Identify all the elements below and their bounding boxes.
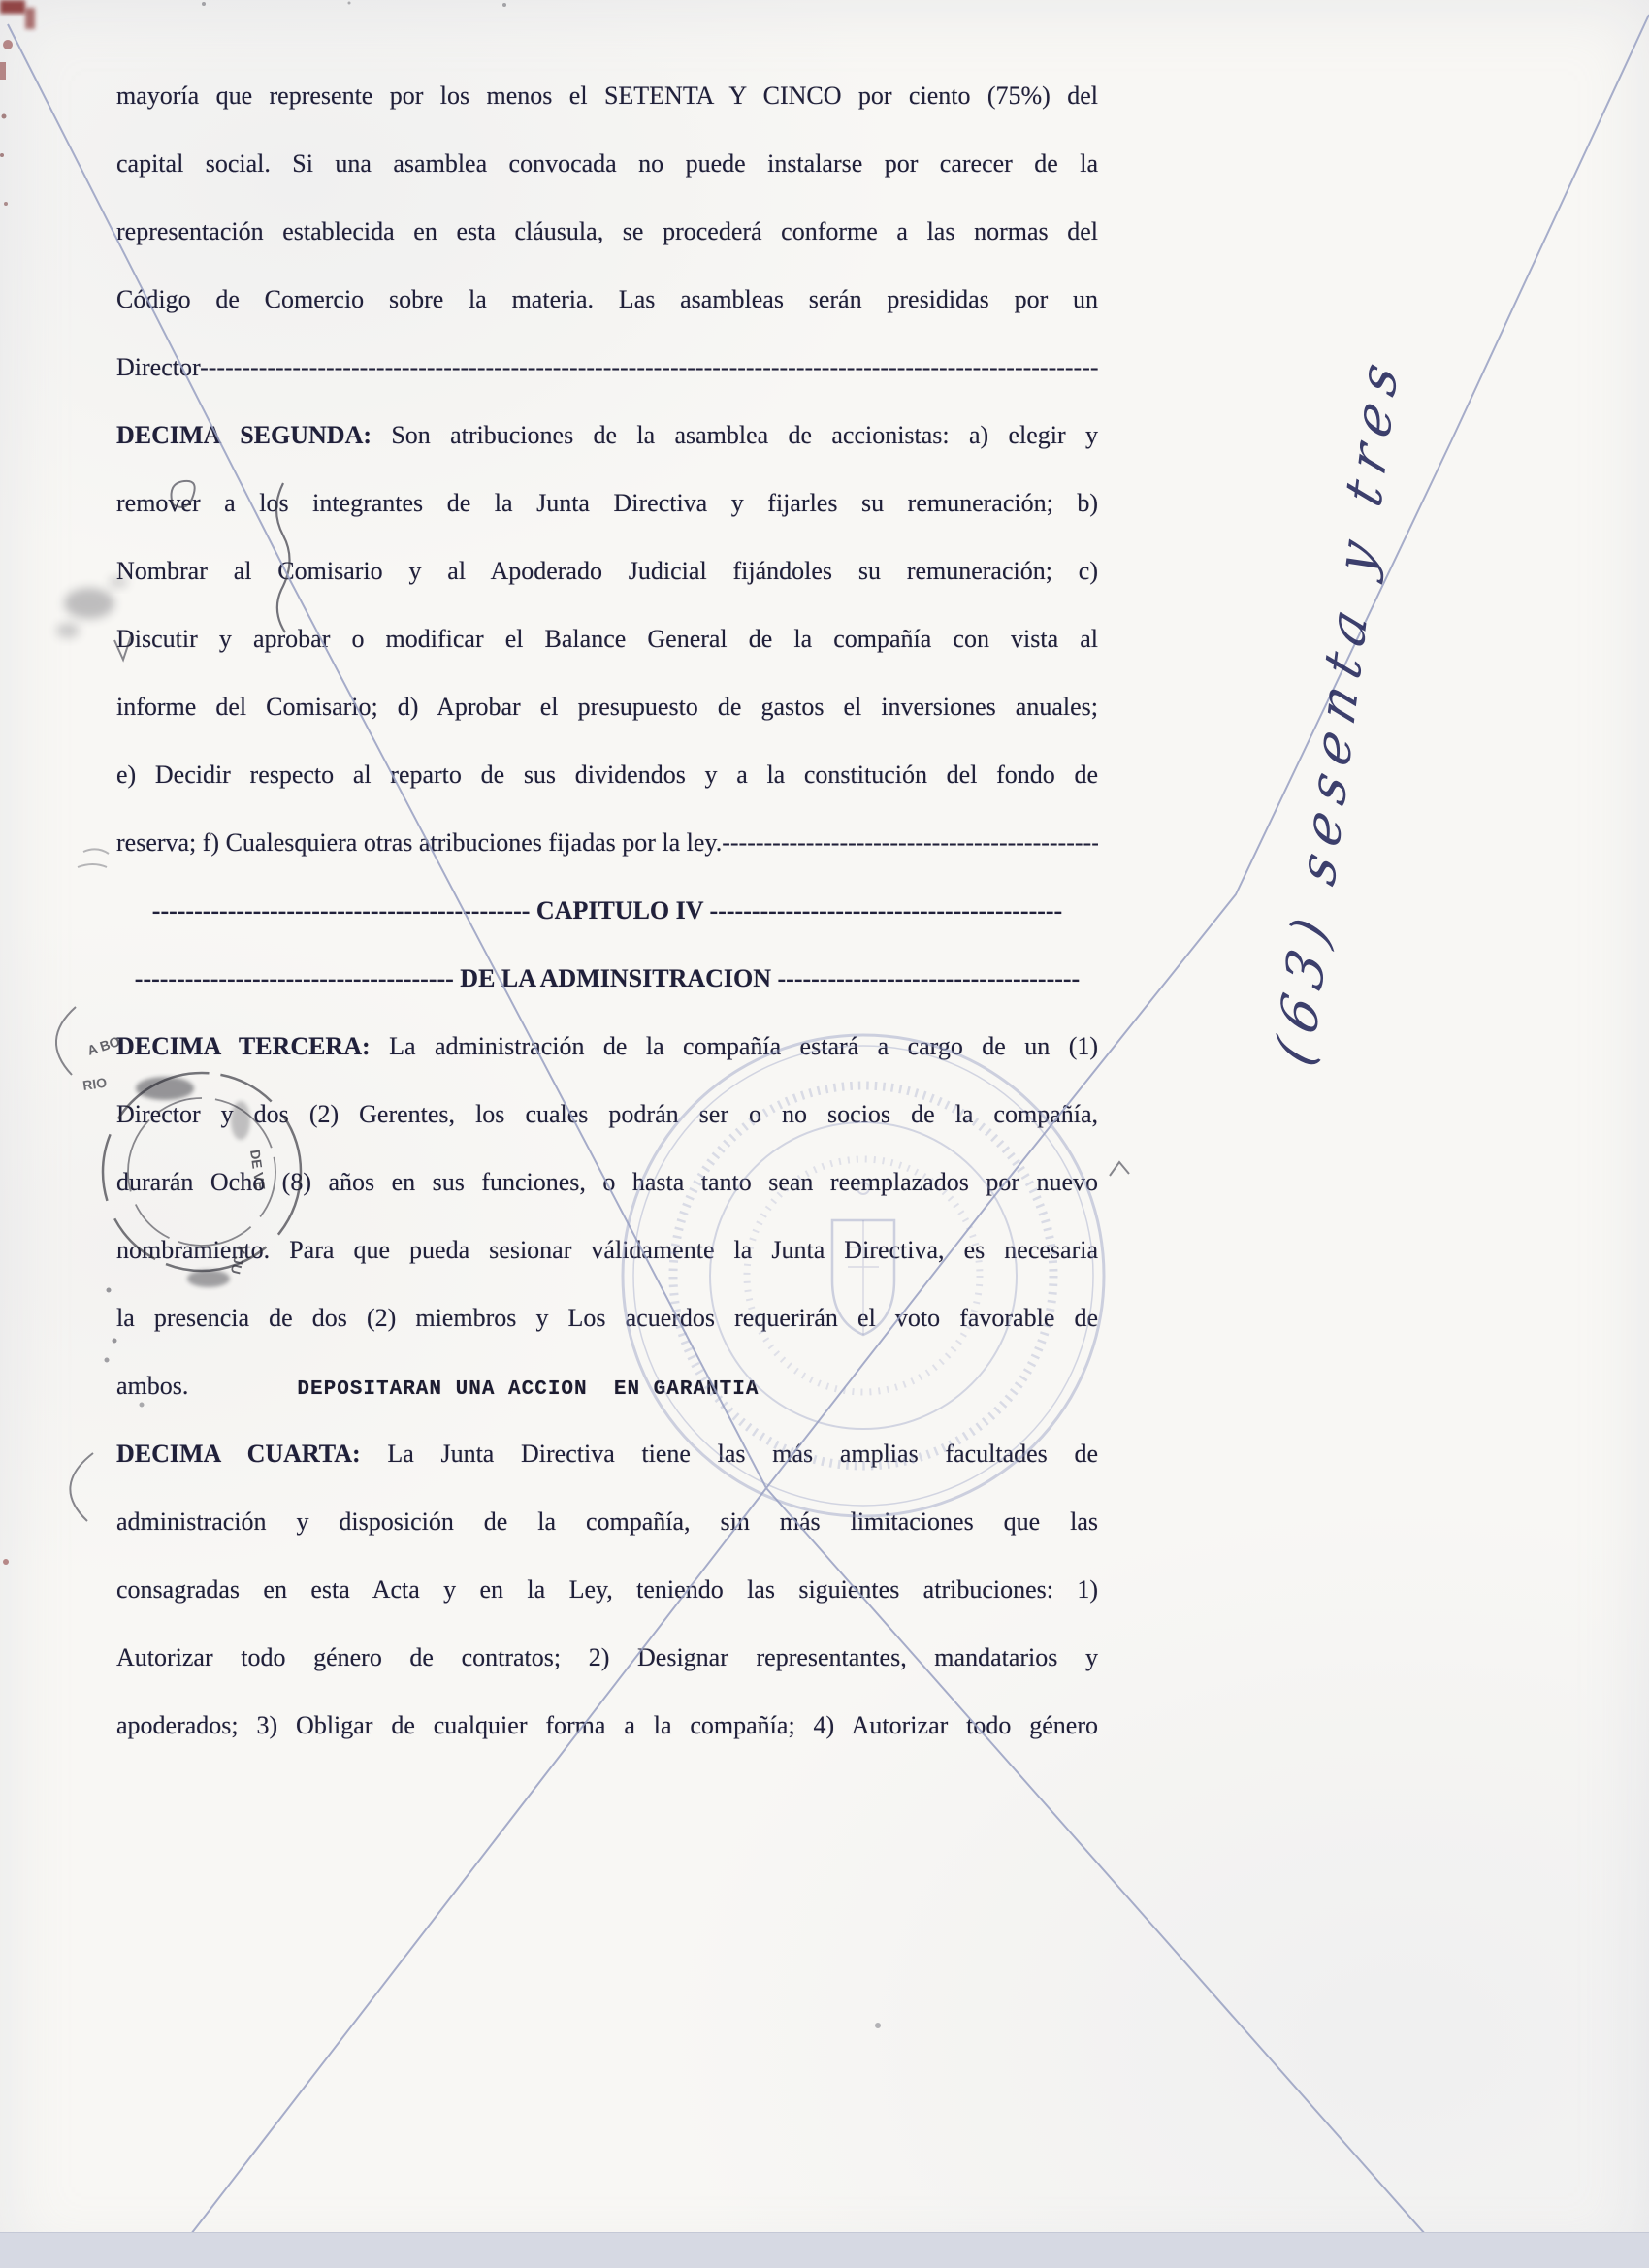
pen-tick-mark: [1110, 1162, 1129, 1176]
doc-line-10: informe del Comisario; d) Aprobar el pre…: [116, 673, 1098, 741]
stamp-text-fragment: RIO: [81, 1075, 108, 1093]
doc-line-17: durarán Ocho (8) años en sus funciones, …: [116, 1149, 1098, 1216]
doc-line-14: -------------------------------------- D…: [116, 945, 1098, 1013]
red-corner-marks: [0, 0, 35, 1565]
document-lines: mayoría que represente por los menos el …: [116, 62, 1098, 1760]
doc-line-6: DECIMA SEGUNDA: Son atribuciones de la a…: [116, 402, 1098, 470]
doc-line-2: capital social. Si una asamblea convocad…: [116, 130, 1098, 198]
doc-line-9: Discutir y aprobar o modificar el Balanc…: [116, 605, 1098, 673]
clause-heading: DECIMA SEGUNDA:: [116, 421, 372, 449]
doc-line-4: Código de Comercio sobre la materia. Las…: [116, 266, 1098, 334]
doc-line-22: administración y disposición de la compa…: [116, 1488, 1098, 1556]
top-edge-specks: [202, 2, 506, 8]
doc-line-1: mayoría que represente por los menos el …: [116, 62, 1098, 130]
doc-line-24: Autorizar todo género de contratos; 2) D…: [116, 1624, 1098, 1692]
doc-line-12: reserva; f) Cualesquiera otras atribucio…: [116, 809, 1098, 877]
pen-arc-mark: [70, 1453, 93, 1521]
doc-line-8: Nombrar al Comisario y al Apoderado Judi…: [116, 537, 1098, 605]
clause-heading: DECIMA CUARTA:: [116, 1440, 361, 1468]
scanned-page: mayoría que represente por los menos el …: [0, 0, 1649, 2268]
doc-line-11: e) Decidir respecto al reparto de sus di…: [116, 741, 1098, 809]
doc-line-13: ----------------------------------------…: [116, 877, 1098, 945]
doc-line-21: DECIMA CUARTA: La Junta Directiva tiene …: [116, 1420, 1098, 1488]
doc-line-20: ambos.DEPOSITARAN UNA ACCION EN GARANTIA: [116, 1352, 1098, 1420]
doc-line-23: consagradas en esta Acta y en la Ley, te…: [116, 1556, 1098, 1624]
typewriter-insert: DEPOSITARAN UNA ACCION EN GARANTIA: [297, 1378, 759, 1401]
doc-line-3: representación establecida en esta cláus…: [116, 198, 1098, 266]
doc-line-15: DECIMA TERCERA: La administración de la …: [116, 1013, 1098, 1081]
pen-arc-mark: [56, 1007, 76, 1075]
doc-line-19: la presencia de dos (2) miembros y Los a…: [116, 1284, 1098, 1352]
scanner-edge-strip: [0, 2232, 1649, 2268]
doc-line-18: nombramiento. Para que pueda sesionar vá…: [116, 1216, 1098, 1284]
doc-line-5: Director--------------------------------…: [116, 334, 1098, 402]
margin-handwriting: (63) sesenta y tres: [1265, 342, 1410, 1074]
clause-heading: DECIMA TERCERA:: [116, 1032, 371, 1060]
doc-line-7: remover a los integrantes de la Junta Di…: [116, 470, 1098, 537]
doc-line-25: apoderados; 3) Obligar de cualquier form…: [116, 1692, 1098, 1760]
doc-line-16: Director y dos (2) Gerentes, los cuales …: [116, 1081, 1098, 1149]
